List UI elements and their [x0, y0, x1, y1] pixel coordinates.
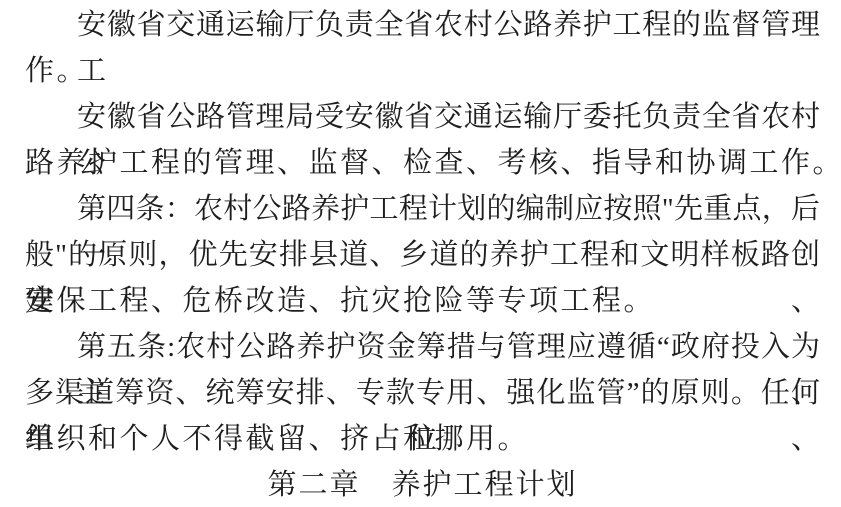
document-page: 安徽省交通运输厅负责全省农村公路养护工程的监督管理工 作。 安徽省公路管理局受安… [0, 0, 841, 507]
text-line: 般"的原则，优先安排县道、乡道的养护工程和文明样板路创建、 [25, 232, 820, 278]
text-line: 多渠道筹资、统筹安排、专款专用、强化监管”的原则。任何单位、 [25, 370, 820, 416]
text-line: 安徽省公路管理局受安徽省交通运输厅委托负责全省农村公 [25, 94, 820, 140]
text-line: 路养护工程的管理、监督、检查、考核、指导和协调工作。 [25, 140, 820, 186]
text-line: 作。 [25, 48, 820, 94]
text-line: 第四条：农村公路养护工程计划的编制应按照"先重点，后一 [25, 186, 820, 232]
chapter-heading: 第二章 养护工程计划 [25, 462, 820, 507]
text-line: 第五条:农村公路养护资金筹措与管理应遵循“政府投入为主、 [25, 324, 820, 370]
text-line: 安徽省交通运输厅负责全省农村公路养护工程的监督管理工 [25, 2, 820, 48]
